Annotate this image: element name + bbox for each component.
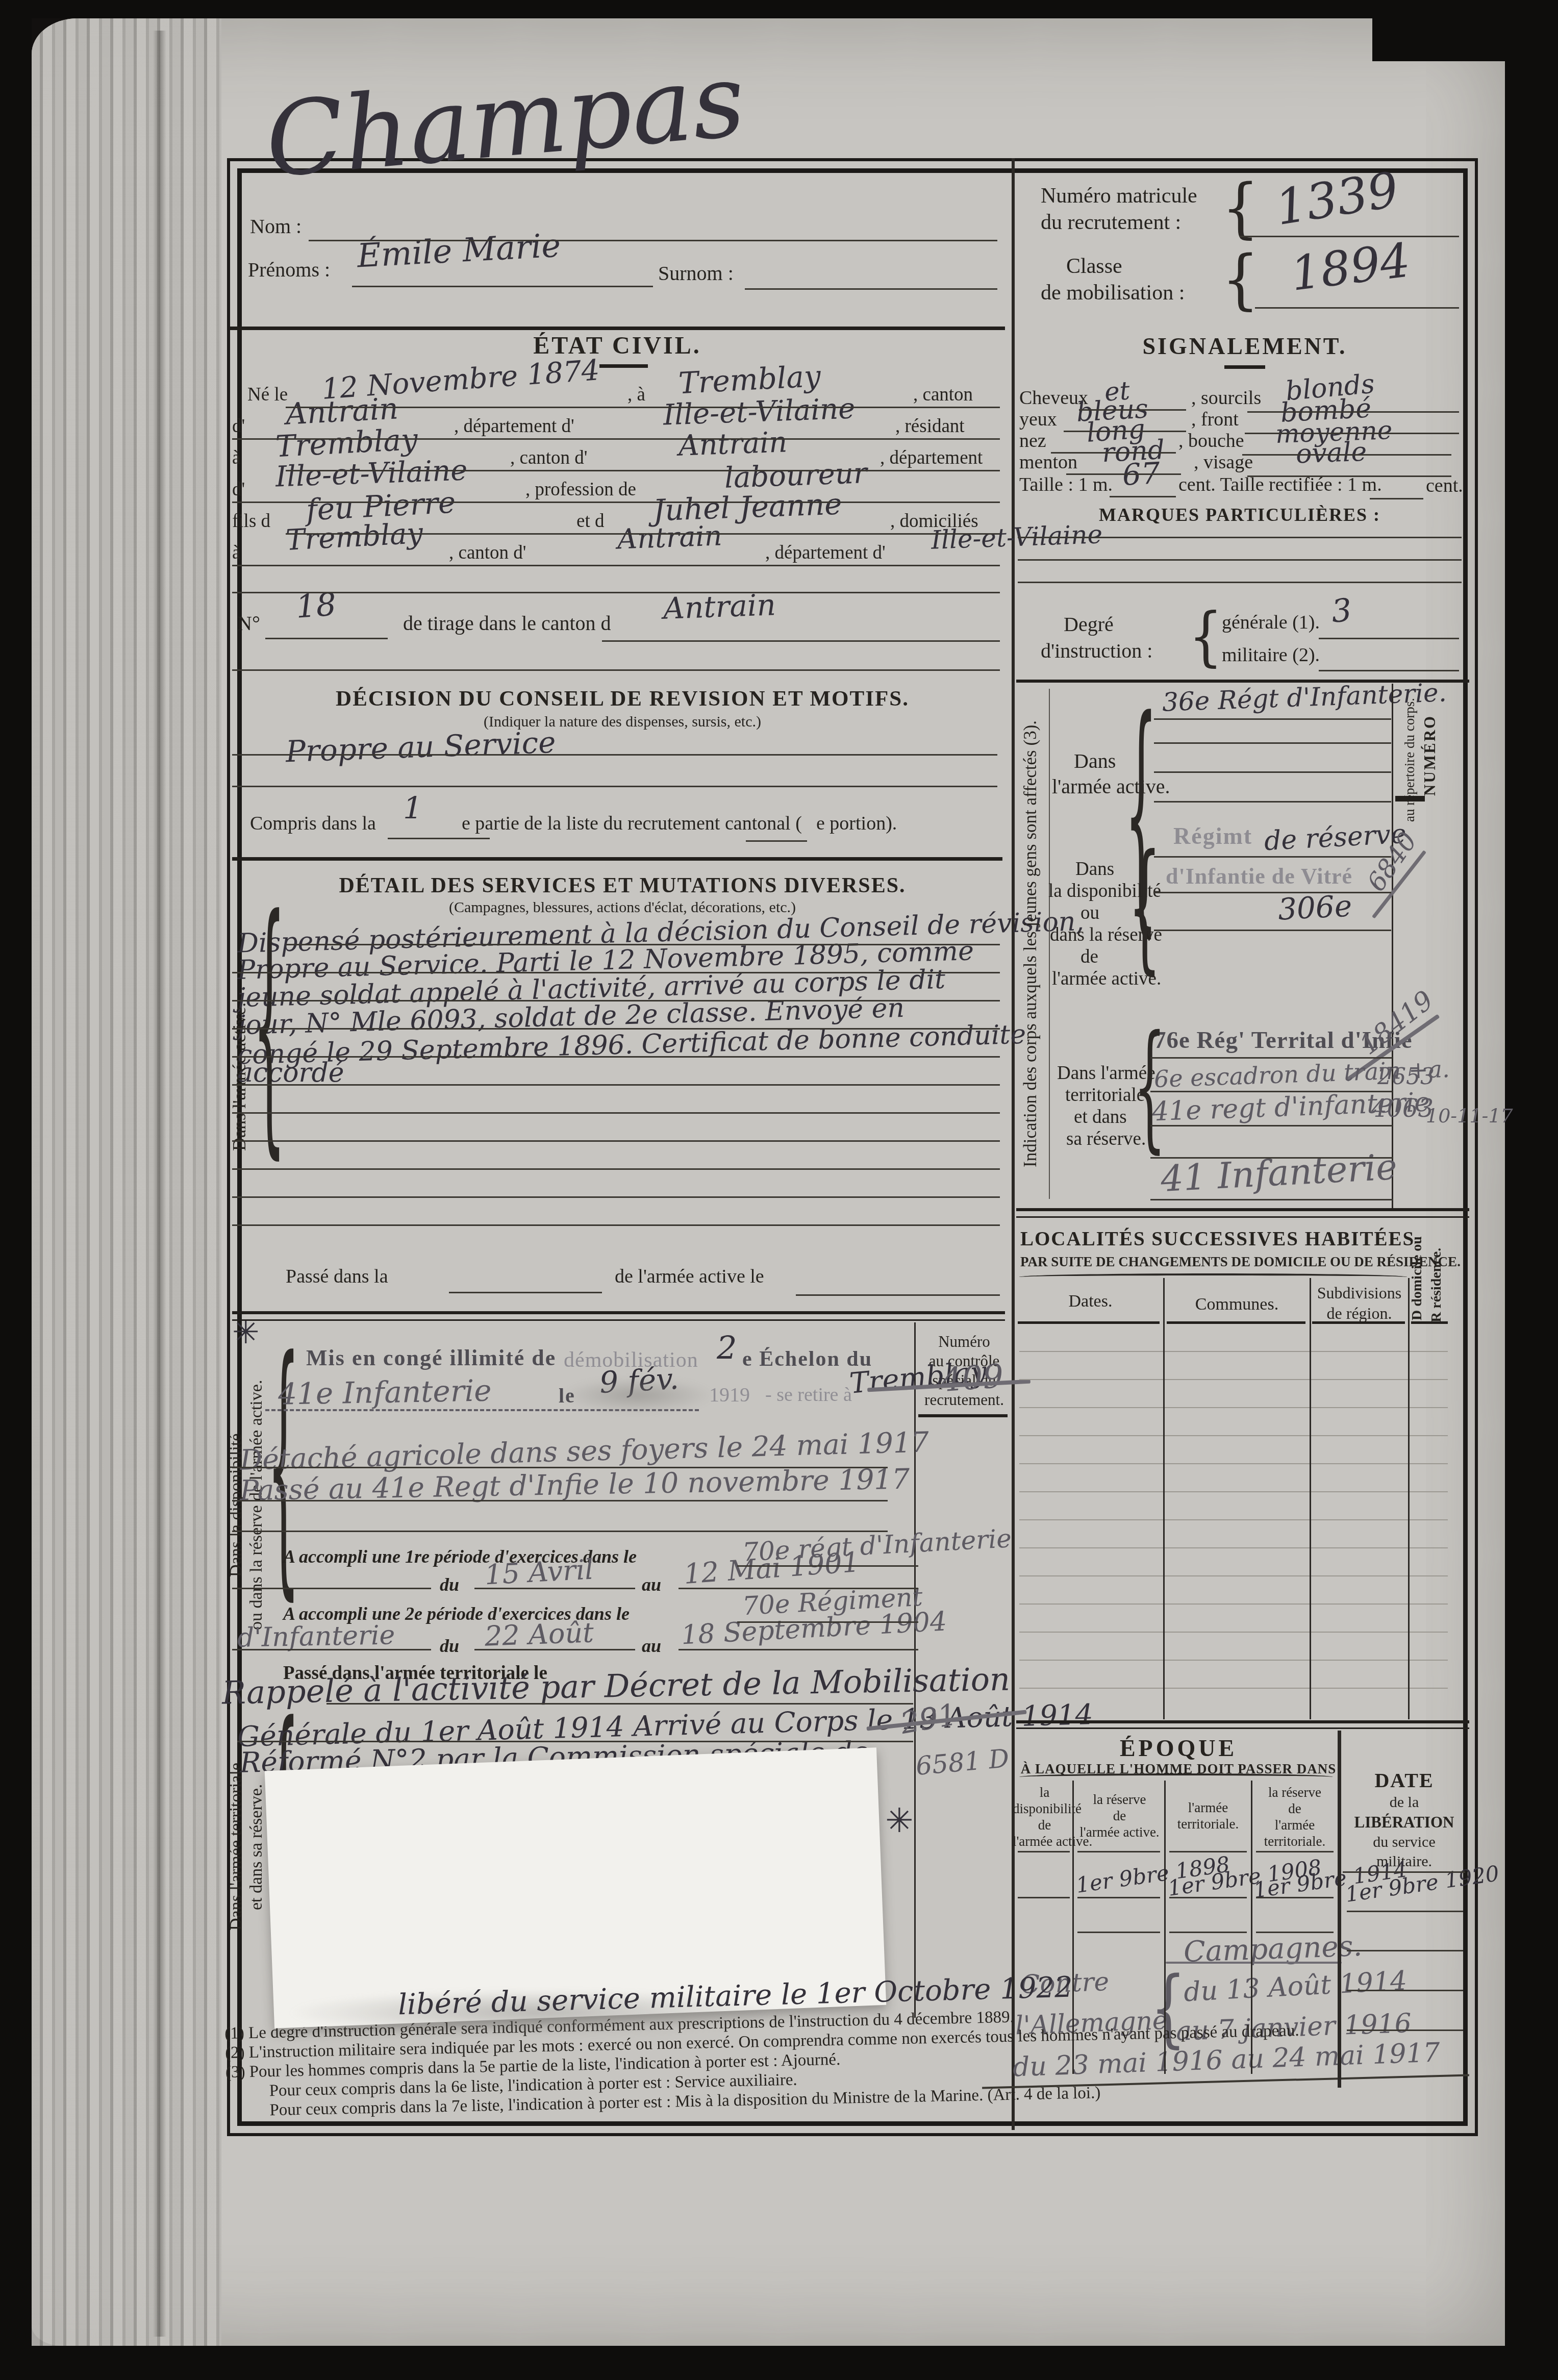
ruled-line xyxy=(265,638,388,639)
corps-dispo-label-5: de xyxy=(1080,946,1098,968)
table-divider xyxy=(1338,1731,1341,2088)
localites-row-line xyxy=(1019,1463,1448,1464)
ink-smudge xyxy=(561,1377,714,1413)
value-306: 306e xyxy=(1277,888,1352,926)
localites-col-dr-1: D domicile ou xyxy=(1409,1229,1425,1320)
ruled-line xyxy=(1018,1851,1070,1852)
services-title: DÉTAIL DES SERVICES ET MUTATIONS DIVERSE… xyxy=(265,873,979,898)
ruled-line xyxy=(737,1565,918,1567)
ruled-line xyxy=(286,533,1000,535)
ruled-line xyxy=(1169,1851,1247,1852)
thick-rule xyxy=(1018,1321,1160,1324)
ruled-line xyxy=(232,1531,888,1532)
marques-label: MARQUES PARTICULIÈRES : xyxy=(1071,504,1408,525)
title-rule xyxy=(599,364,648,368)
localites-title: LOCALITÉS SUCCESSIVES HABITÉES xyxy=(1020,1227,1403,1250)
dept2-label: , département xyxy=(880,447,983,469)
ruled-line xyxy=(388,838,490,839)
a3-label: à xyxy=(232,542,240,564)
ruled-line xyxy=(1154,930,1391,931)
nom-label: Nom : xyxy=(250,214,301,238)
bouche-label: , bouche xyxy=(1178,430,1244,452)
epoque-title: ÉPOQUE xyxy=(1020,1735,1337,1762)
canton2-label: , canton d' xyxy=(510,447,588,469)
numero-controle-rule xyxy=(918,1414,1008,1417)
ruled-line xyxy=(232,565,1000,566)
ruled-line xyxy=(232,1028,1000,1030)
ruled-line xyxy=(1066,473,1181,475)
dept3-label: , département d' xyxy=(765,542,886,564)
conge-retire-stamp: - se retire à xyxy=(765,1384,852,1406)
thick-rule xyxy=(1016,1216,1469,1218)
thick-rule xyxy=(1016,1727,1469,1729)
table-divider xyxy=(1163,1278,1165,1719)
book-binding-edges xyxy=(32,18,221,2346)
periode2-au: au xyxy=(642,1635,661,1657)
ne-le-label: Né le xyxy=(247,384,288,406)
photo-black-edge-top xyxy=(0,0,1558,18)
corps-numero-side-2: au répertoire du corps. xyxy=(1402,686,1418,834)
localites-col-communes: Communes. xyxy=(1167,1295,1307,1314)
thick-rule xyxy=(230,327,1005,330)
epoque-c2-1: la réserve xyxy=(1077,1792,1162,1808)
stamp-infanterie-vitre: d'Infantie de Vitré xyxy=(1166,863,1352,889)
table-divider xyxy=(1310,1278,1311,1719)
ruled-line xyxy=(602,640,1000,642)
photo-black-edge-right xyxy=(1505,0,1558,2380)
canton2-value: Antrain xyxy=(678,425,788,462)
matricule-label-1: Numéro matricule xyxy=(1041,184,1197,208)
dept-value: Ille-et-Vilaine xyxy=(663,392,856,432)
localites-row-line xyxy=(1019,1660,1448,1661)
degre-brace: { xyxy=(1189,605,1223,669)
dept-label: , département d' xyxy=(454,415,574,437)
ruled-line xyxy=(1154,718,1391,720)
degre-label-2: d'instruction : xyxy=(1041,639,1152,663)
ruled-line xyxy=(1240,236,1459,237)
ruled-line xyxy=(1150,1057,1393,1059)
ruled-line xyxy=(232,1224,1000,1226)
prenoms-label: Prénoms : xyxy=(248,258,330,282)
decision-subtitle: (Indiquer la nature des dispenses, sursi… xyxy=(265,713,979,731)
prof-label: , profession de xyxy=(525,479,636,500)
numero-controle-crossed: 409 xyxy=(940,1358,1005,1399)
thick-rule xyxy=(1016,680,1469,683)
ruled-line xyxy=(232,1000,1000,1001)
d2-label: d' xyxy=(232,479,245,500)
ruled-line xyxy=(1064,431,1186,432)
thick-rule xyxy=(232,1311,1005,1314)
ruled-line xyxy=(474,1649,635,1650)
et-label: et d xyxy=(576,510,604,532)
ruled-line xyxy=(232,669,1000,671)
localites-row-line xyxy=(1019,1379,1448,1380)
epoque-c2-3: l'armée active. xyxy=(1077,1824,1162,1840)
thick-rule xyxy=(1167,1321,1305,1324)
localites-col-dr-2: R résidence. xyxy=(1428,1231,1445,1322)
ruled-line xyxy=(232,1196,1000,1198)
canton3-value: Antrain xyxy=(617,519,723,555)
epoque-c1-2: disponibilité xyxy=(1013,1801,1076,1817)
localites-row-line xyxy=(1019,1604,1448,1605)
localites-row-line xyxy=(1019,1575,1448,1576)
ruled-line xyxy=(232,1168,1000,1170)
ruled-line xyxy=(1347,1911,1463,1912)
yeux-label: yeux xyxy=(1019,408,1057,431)
corps-terr-label-3: et dans xyxy=(1074,1106,1127,1128)
ruled-line xyxy=(1154,856,1391,858)
localites-row-line xyxy=(1019,1351,1448,1352)
scanned-military-register-page: Nom : Champas Prénoms : Émile Marie Surn… xyxy=(0,0,1558,2380)
ruled-line xyxy=(232,1112,1000,1114)
visage-value: ovale xyxy=(1295,437,1367,470)
num-2653: 2653 xyxy=(1377,1064,1435,1090)
sourcils-label: , sourcils xyxy=(1191,387,1261,409)
ruled-line xyxy=(232,972,1000,973)
localites-row-line xyxy=(1019,1632,1448,1633)
epoque-c4-2: de xyxy=(1254,1801,1336,1817)
epoque-c4-4: territoriale. xyxy=(1254,1834,1336,1849)
residant-label: , résidant xyxy=(895,415,965,437)
militaire-label: militaire (2). xyxy=(1222,644,1320,666)
thick-rule xyxy=(1016,1720,1469,1723)
periode2-value2: d'Infanterie xyxy=(237,1620,395,1653)
d-label: d' xyxy=(232,415,245,437)
ruled-line xyxy=(1154,742,1391,744)
corps-terr-label-2: territoriale xyxy=(1065,1084,1145,1106)
conge-annee-stamp: 1919 xyxy=(709,1383,750,1407)
passe-armee-active-1: Passé dans la xyxy=(286,1265,388,1288)
marge-date: 10-11-17 xyxy=(1426,1105,1513,1127)
epoque-c1-4: l'armée active. xyxy=(1013,1834,1076,1849)
ruled-line xyxy=(1256,1932,1334,1933)
corps-numero-divider xyxy=(1392,684,1393,1208)
ruled-line xyxy=(326,1703,913,1705)
localites-row-line xyxy=(1019,1688,1448,1689)
localites-row-line xyxy=(1019,1547,1448,1548)
signalement-rule xyxy=(1224,365,1265,369)
canton3-label: , canton d' xyxy=(449,542,526,564)
ruled-line xyxy=(286,944,1000,945)
classe-brace: { xyxy=(1222,247,1259,312)
ruled-line xyxy=(232,786,997,787)
ruled-line xyxy=(1347,2030,1463,2031)
ruled-line xyxy=(737,1621,918,1623)
photo-black-edge-bottom xyxy=(0,2346,1558,2380)
ruled-line xyxy=(1110,496,1176,497)
ruled-line xyxy=(1018,1897,1070,1898)
surnom-label: Surnom : xyxy=(658,261,734,285)
ruled-line xyxy=(745,288,997,290)
ruled-line xyxy=(1150,1157,1393,1159)
classe-label-2: de mobilisation : xyxy=(1041,281,1185,305)
corps-dispo-label-3: ou xyxy=(1080,902,1099,924)
ruled-line xyxy=(1347,1990,1463,1991)
passe-armee-active-2: de l'armée active le xyxy=(615,1265,764,1288)
ruled-line xyxy=(796,1294,1000,1296)
num-4063: 4063 xyxy=(1371,1094,1434,1123)
epoque-c3-1: l'armée xyxy=(1167,1800,1249,1816)
compris-value: 1 xyxy=(403,791,422,826)
corps-numero-dash xyxy=(1395,796,1425,801)
ruled-line xyxy=(1150,1091,1393,1092)
ruled-line xyxy=(1018,559,1462,561)
ruled-line xyxy=(1247,475,1451,477)
corps-active-label-1: Dans xyxy=(1074,749,1116,773)
ruled-line xyxy=(1051,452,1176,454)
ruled-line xyxy=(1245,433,1459,434)
ruled-line xyxy=(746,840,807,842)
epoque-brace-line xyxy=(1019,1773,1333,1781)
epoque-date-3: LIBÉRATION xyxy=(1342,1813,1467,1832)
thick-rule xyxy=(1411,1321,1448,1324)
a-label: , à xyxy=(627,384,645,406)
epoque-c3-2: territoriale. xyxy=(1167,1816,1249,1832)
classe-label-1: Classe xyxy=(1066,254,1122,279)
ruled-line xyxy=(1256,1851,1334,1852)
ruled-line xyxy=(352,286,653,287)
menton-label: menton xyxy=(1019,451,1077,473)
localites-col-subdiv-1: Subdivisions xyxy=(1312,1284,1406,1302)
corps-side-label: Indication des corps auxquels les jeunes… xyxy=(1020,691,1041,1196)
campagnes-underline xyxy=(1166,1962,1342,1964)
tirage-label: de tirage dans le canton d xyxy=(403,611,611,635)
epoque-c1-3: de xyxy=(1018,1817,1071,1833)
ruled-line xyxy=(1247,411,1459,413)
ruled-line xyxy=(1370,498,1423,499)
canton-label: , canton xyxy=(913,384,973,406)
ruled-line xyxy=(286,407,1000,408)
ruled-line xyxy=(232,1500,888,1501)
periode2-from: 22 Août xyxy=(484,1616,594,1652)
a2-label: à xyxy=(232,447,240,469)
compris-label-3: e portion). xyxy=(816,812,897,835)
periode1-du: du xyxy=(440,1574,459,1595)
compris-label-2: e partie de la liste du recrutement cant… xyxy=(462,812,802,835)
ruled-line xyxy=(237,1741,913,1742)
side-brace-armee-active: { xyxy=(253,885,286,1161)
etat-civil-title: ÉTAT CIVIL. xyxy=(418,332,816,360)
ruled-line xyxy=(449,1292,602,1293)
echelon-value: 2 xyxy=(717,1329,737,1366)
reference-mark-2: ✳ xyxy=(885,1801,913,1840)
ruled-line xyxy=(232,754,997,756)
ruled-line xyxy=(232,1649,431,1650)
decision-title: DÉCISION DU CONSEIL DE REVISION ET MOTIF… xyxy=(265,686,979,711)
corps-terr-brace: { xyxy=(1134,1018,1166,1156)
ruled-line xyxy=(679,1588,918,1589)
no-label: N° xyxy=(237,611,260,635)
side-label-armee-active: Dans l'armée active. xyxy=(229,913,250,1240)
localites-subtitle: PAR SUITE DE CHANGEMENTS DE DOMICILE OU … xyxy=(1020,1254,1403,1270)
ruled-line xyxy=(474,1588,635,1589)
ruled-line xyxy=(232,438,1000,440)
localites-row-line xyxy=(1019,1435,1448,1436)
periode2-du: du xyxy=(440,1635,459,1657)
epoque-date-4: du service xyxy=(1342,1834,1467,1851)
ruled-line xyxy=(1077,1851,1160,1852)
cent-label: cent. xyxy=(1426,474,1463,497)
localites-col-dates: Dates. xyxy=(1020,1292,1161,1311)
epoque-c4-3: l'armée xyxy=(1254,1817,1336,1833)
localites-row-line xyxy=(1019,1407,1448,1408)
ruled-line xyxy=(1319,638,1459,639)
photo-black-edge-left xyxy=(0,0,32,2380)
epoque-c2-2: de xyxy=(1077,1808,1162,1824)
epoque-date-2: de la xyxy=(1342,1794,1467,1811)
ruled-line xyxy=(1018,582,1462,583)
ruled-line xyxy=(232,502,1000,503)
conge-stamp-1: Mis en congé illimité de xyxy=(306,1345,556,1371)
ruled-line xyxy=(1343,1871,1465,1873)
ruled-line xyxy=(1319,670,1459,671)
ruled-line xyxy=(1255,307,1459,309)
ruled-line xyxy=(232,1467,888,1468)
nez-label: nez xyxy=(1019,430,1046,452)
ruled-line xyxy=(1169,1932,1247,1933)
thick-rule xyxy=(232,1319,1005,1321)
ruled-line xyxy=(1077,1897,1160,1898)
periode1-from: 15 Avril xyxy=(484,1553,594,1591)
conge-regiment: 41e Infanterie xyxy=(278,1373,492,1411)
ruled-line xyxy=(1150,1125,1393,1126)
compris-label-1: Compris dans la xyxy=(250,812,376,835)
epoque-c4-1: la réserve xyxy=(1254,1785,1336,1800)
fils-label: fils d xyxy=(232,510,270,532)
epoque-c1-1: la xyxy=(1018,1785,1071,1800)
ruled-line xyxy=(1169,1897,1247,1898)
ruled-line xyxy=(1154,771,1391,773)
table-divider xyxy=(1408,1278,1410,1719)
epoque-date-1: DATE xyxy=(1342,1768,1467,1792)
ruled-line xyxy=(679,1649,918,1650)
ruled-line xyxy=(1154,892,1391,893)
signalement-title: SIGNALEMENT. xyxy=(1071,333,1418,360)
localites-row-line xyxy=(1019,1491,1448,1492)
tirage-canton: Antrain xyxy=(663,587,776,626)
stamp-regiment: Régimt xyxy=(1173,822,1252,849)
ruled-line xyxy=(1154,801,1391,803)
ruled-line xyxy=(232,1056,1000,1058)
localites-col-subdiv-2: de région. xyxy=(1312,1304,1406,1323)
ruled-line xyxy=(1347,1950,1463,1951)
corps-dispo-label-1: Dans xyxy=(1075,858,1114,880)
generale-label: générale (1). xyxy=(1222,611,1320,634)
ruled-line xyxy=(1150,1199,1393,1200)
matricule-brace: { xyxy=(1222,176,1259,241)
ruled-line xyxy=(1256,1897,1334,1898)
degre-label-1: Degré xyxy=(1064,612,1114,636)
front-label: , front xyxy=(1191,408,1239,431)
ruled-line xyxy=(309,240,997,241)
localites-row-line xyxy=(1019,1519,1448,1520)
corps-dispo-brace: { xyxy=(1128,837,1161,977)
ruled-line xyxy=(232,1084,1000,1086)
generale-value: 3 xyxy=(1330,591,1353,630)
ruled-line xyxy=(1079,409,1186,411)
thick-rule xyxy=(232,857,1002,861)
thick-rule xyxy=(1312,1321,1405,1324)
numero-controle-h1: Numéro xyxy=(918,1333,1010,1351)
periode1-au: au xyxy=(642,1574,661,1595)
thick-rule xyxy=(1016,1208,1469,1211)
ruled-line xyxy=(1018,537,1462,538)
ruled-line xyxy=(1242,454,1451,456)
ruled-line xyxy=(286,470,1000,471)
localites-brace-line xyxy=(1019,1273,1407,1281)
binding-crease xyxy=(153,31,166,2337)
taille-rectifiee-label: cent. Taille rectifiée : 1 m. xyxy=(1178,473,1382,496)
ruled-line xyxy=(1077,1932,1160,1933)
ruled-line xyxy=(232,1140,1000,1142)
taille-label: Taille : 1 m. xyxy=(1019,473,1113,496)
ruled-line xyxy=(232,1588,431,1589)
ruled-line xyxy=(232,592,1000,593)
matricule-label-2: du recrutement : xyxy=(1041,210,1181,235)
